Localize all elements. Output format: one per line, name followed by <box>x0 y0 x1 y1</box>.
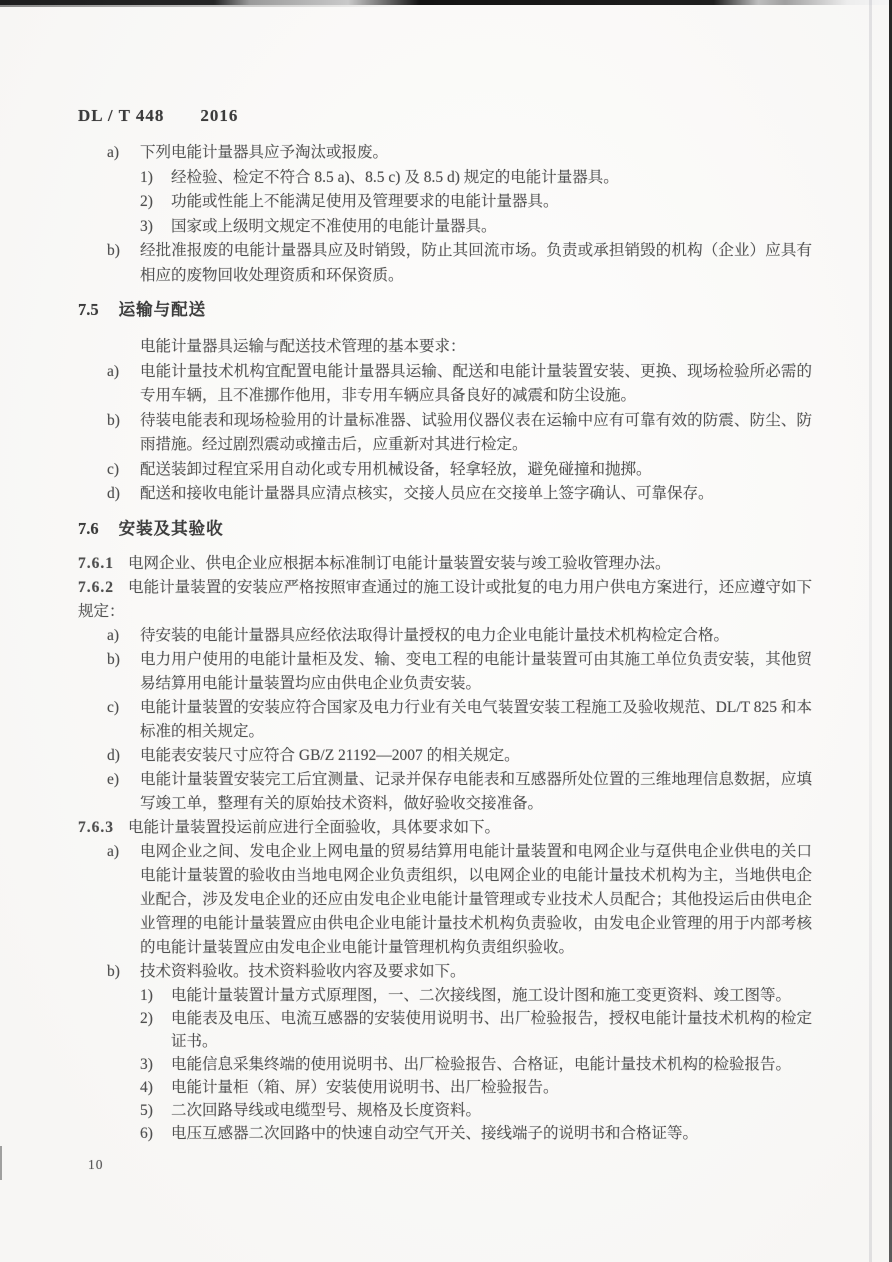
clause-7-6-2: 7.6.2电能计量装置的安装应严格按照审查通过的施工设计或批复的电力用户供电方案… <box>78 576 812 624</box>
clause-number: 7.6.2 <box>78 579 114 596</box>
clause-text: 电能计量装置的安装应严格按照审查通过的施工设计或批复的电力用户供电方案进行，还应… <box>78 579 812 620</box>
list-item-label: c) <box>107 458 140 483</box>
standard-year: 2016 <box>200 106 238 125</box>
clause-text: 电能计量装置投运前应进行全面验收，具体要求如下。 <box>128 819 500 836</box>
list-item: 6) 电压互感器二次回路中的快速自动空气开关、接线端子的说明书和合格证等。 <box>78 1122 812 1145</box>
list-item-label: 1) <box>140 166 171 191</box>
list-item-text: 电能表及电压、电流互感器的安装使用说明书、出厂检验报告，授权电能计量技术机构的检… <box>171 1007 812 1053</box>
list-item-text: 待安装的电能计量器具应经依法取得计量授权的电力企业电能计量技术机构检定合格。 <box>140 624 812 648</box>
list-item-label: a) <box>107 840 140 960</box>
scan-edge-mark <box>0 1146 2 1180</box>
list-item-label: 3) <box>140 215 171 240</box>
list-item-text: 二次回路导线或电缆型号、规格及长度资料。 <box>171 1099 812 1122</box>
list-item-text: 功能或性能上不能满足使用及管理要求的电能计量器具。 <box>171 190 812 215</box>
page-number: 10 <box>88 1157 812 1173</box>
list-item-label: a) <box>107 360 140 409</box>
clause-number: 7.6.3 <box>78 819 114 836</box>
scan-fold-line <box>869 0 872 1262</box>
list-item-label: d) <box>107 744 140 768</box>
list-item: 1) 电能计量装置计量方式原理图，一、二次接线图，施工设计图和施工变更资料、竣工… <box>78 984 812 1007</box>
list-item-label: 3) <box>140 1053 171 1076</box>
list-item: c) 电能计量装置的安装应符合国家及电力行业有关电气装置安装工程施工及验收规范、… <box>78 696 812 744</box>
standard-number: DL / T 448 <box>78 106 164 125</box>
list-item-label: 4) <box>140 1076 171 1099</box>
list-item-text: 电能计量装置的安装应符合国家及电力行业有关电气装置安装工程施工及验收规范、DL/… <box>140 696 812 744</box>
list-item-text: 国家或上级明文规定不准使用的电能计量器具。 <box>171 215 812 240</box>
list-item: e) 电能计量装置安装完工后宜测量、记录并保存电能表和互感器所处位置的三维地理信… <box>78 768 812 816</box>
list-item-label: 1) <box>140 984 171 1007</box>
scanned-document-page: DL / T 4482016 a) 下列电能计量器具应予淘汰或报废。 1) 经检… <box>0 0 892 1262</box>
list-item: a) 电网企业之间、发电企业上网电量的贸易结算用电能计量装置和电网企业与趸供电企… <box>78 840 812 960</box>
list-item: a) 下列电能计量器具应予淘汰或报废。 <box>78 141 812 166</box>
list-item: 4) 电能计量柜（箱、屏）安装使用说明书、出厂检验报告。 <box>78 1076 812 1099</box>
list-item-text: 经批准报废的电能计量器具应及时销毁，防止其回流市场。负责或承担销毁的机构（企业）… <box>140 239 812 288</box>
section-7-5-body: 电能计量器具运输与配送技术管理的基本要求： a) 电能计量技术机构宜配置电能计量… <box>78 335 812 507</box>
list-item: 2) 电能表及电压、电流互感器的安装使用说明书、出厂检验报告，授权电能计量技术机… <box>78 1007 812 1053</box>
list-item: a) 电能计量技术机构宜配置电能计量器具运输、配送和电能计量装置安装、更换、现场… <box>78 360 812 409</box>
section-title: 运输与配送 <box>119 300 207 319</box>
list-item-text: 配送和接收电能计量器具应清点核实，交接人员应在交接单上签字确认、可靠保存。 <box>140 482 812 507</box>
section-heading-7-6: 7.6安装及其验收 <box>78 516 812 542</box>
section-title: 安装及其验收 <box>119 519 224 538</box>
list-item-label <box>107 335 140 360</box>
list-item-text: 经检验、检定不符合 8.5 a)、8.5 c) 及 8.5 d) 规定的电能计量… <box>171 166 812 191</box>
list-item-text: 电能计量柜（箱、屏）安装使用说明书、出厂检验报告。 <box>171 1076 812 1099</box>
list-item-text: 配送装卸过程宜采用自动化或专用机械设备，轻拿轻放，避免碰撞和抛掷。 <box>140 458 812 483</box>
list-item-text: 待装电能表和现场检验用的计量标准器、试验用仪器仪表在运输中应有可靠有效的防震、防… <box>140 409 812 458</box>
list-item-text: 电能计量装置安装完工后宜测量、记录并保存电能表和互感器所处位置的三维地理信息数据… <box>140 768 812 816</box>
document-header: DL / T 4482016 <box>78 106 812 126</box>
section-intro-text: 电能计量器具运输与配送技术管理的基本要求： <box>140 335 812 360</box>
list-item-label: 5) <box>140 1099 171 1122</box>
list-item-text: 电能表安装尺寸应符合 GB/Z 21192—2007 的相关规定。 <box>140 744 812 768</box>
clause-7-6-3: 7.6.3电能计量装置投运前应进行全面验收，具体要求如下。 <box>78 816 812 840</box>
list-item-label: b) <box>107 960 140 984</box>
list-item-text: 电能计量装置计量方式原理图，一、二次接线图，施工设计图和施工变更资料、竣工图等。 <box>171 984 812 1007</box>
clause-text: 电网企业、供电企业应根据本标准制订电能计量装置安装与竣工验收管理办法。 <box>128 555 671 572</box>
clause-number: 7.6.1 <box>78 555 114 572</box>
carryover-list: a) 下列电能计量器具应予淘汰或报废。 1) 经检验、检定不符合 8.5 a)、… <box>78 141 812 288</box>
list-item: c) 配送装卸过程宜采用自动化或专用机械设备，轻拿轻放，避免碰撞和抛掷。 <box>78 458 812 483</box>
list-item-text: 电压互感器二次回路中的快速自动空气开关、接线端子的说明书和合格证等。 <box>171 1122 812 1145</box>
list-item: a) 待安装的电能计量器具应经依法取得计量授权的电力企业电能计量技术机构检定合格… <box>78 624 812 648</box>
list-item-text: 技术资料验收。技术资料验收内容及要求如下。 <box>140 960 812 984</box>
list-item: d) 配送和接收电能计量器具应清点核实，交接人员应在交接单上签字确认、可靠保存。 <box>78 482 812 507</box>
list-item-text: 电网企业之间、发电企业上网电量的贸易结算用电能计量装置和电网企业与趸供电企业供电… <box>140 840 812 960</box>
list-item: 5) 二次回路导线或电缆型号、规格及长度资料。 <box>78 1099 812 1122</box>
list-item-text: 电能信息采集终端的使用说明书、出厂检验报告、合格证，电能计量技术机构的检验报告。 <box>171 1053 812 1076</box>
list-item-label: b) <box>107 409 140 458</box>
list-item: 2) 功能或性能上不能满足使用及管理要求的电能计量器具。 <box>78 190 812 215</box>
list-item-label: 2) <box>140 190 171 215</box>
list-item: 1) 经检验、检定不符合 8.5 a)、8.5 c) 及 8.5 d) 规定的电… <box>78 166 812 191</box>
technical-documents-list: 1) 电能计量装置计量方式原理图，一、二次接线图，施工设计图和施工变更资料、竣工… <box>78 984 812 1145</box>
list-item-label: b) <box>107 239 140 288</box>
list-item: 3) 电能信息采集终端的使用说明书、出厂检验报告、合格证，电能计量技术机构的检验… <box>78 1053 812 1076</box>
list-item-label: c) <box>107 696 140 744</box>
list-item-label: e) <box>107 768 140 816</box>
scan-edge-top-shadow <box>0 5 410 7</box>
section-heading-7-5: 7.5运输与配送 <box>78 297 812 323</box>
section-number: 7.6 <box>78 519 99 538</box>
list-item: 3) 国家或上级明文规定不准使用的电能计量器具。 <box>78 215 812 240</box>
list-item-label: a) <box>107 624 140 648</box>
list-item-label: a) <box>107 141 140 166</box>
list-item-label: 6) <box>140 1122 171 1145</box>
list-item: b) 经批准报废的电能计量器具应及时销毁，防止其回流市场。负责或承担销毁的机构（… <box>78 239 812 288</box>
page-content: DL / T 4482016 a) 下列电能计量器具应予淘汰或报废。 1) 经检… <box>78 106 812 1173</box>
list-item: d) 电能表安装尺寸应符合 GB/Z 21192—2007 的相关规定。 <box>78 744 812 768</box>
list-item: b) 技术资料验收。技术资料验收内容及要求如下。 <box>78 960 812 984</box>
section-7-6-body: 7.6.1电网企业、供电企业应根据本标准制订电能计量装置安装与竣工验收管理办法。… <box>78 552 812 1145</box>
section-intro-line: 电能计量器具运输与配送技术管理的基本要求： <box>78 335 812 360</box>
list-item-text: 下列电能计量器具应予淘汰或报废。 <box>140 141 812 166</box>
list-item: b) 待装电能表和现场检验用的计量标准器、试验用仪器仪表在运输中应有可靠有效的防… <box>78 409 812 458</box>
clause-7-6-1: 7.6.1电网企业、供电企业应根据本标准制订电能计量装置安装与竣工验收管理办法。 <box>78 552 812 576</box>
list-item-label: b) <box>107 648 140 696</box>
list-item: b) 电力用户使用的电能计量柜及发、输、变电工程的电能计量装置可由其施工单位负责… <box>78 648 812 696</box>
list-item-text: 电力用户使用的电能计量柜及发、输、变电工程的电能计量装置可由其施工单位负责安装，… <box>140 648 812 696</box>
list-item-label: d) <box>107 482 140 507</box>
list-item-label: 2) <box>140 1007 171 1053</box>
list-item-text: 电能计量技术机构宜配置电能计量器具运输、配送和电能计量装置安装、更换、现场检验所… <box>140 360 812 409</box>
section-number: 7.5 <box>78 300 99 319</box>
